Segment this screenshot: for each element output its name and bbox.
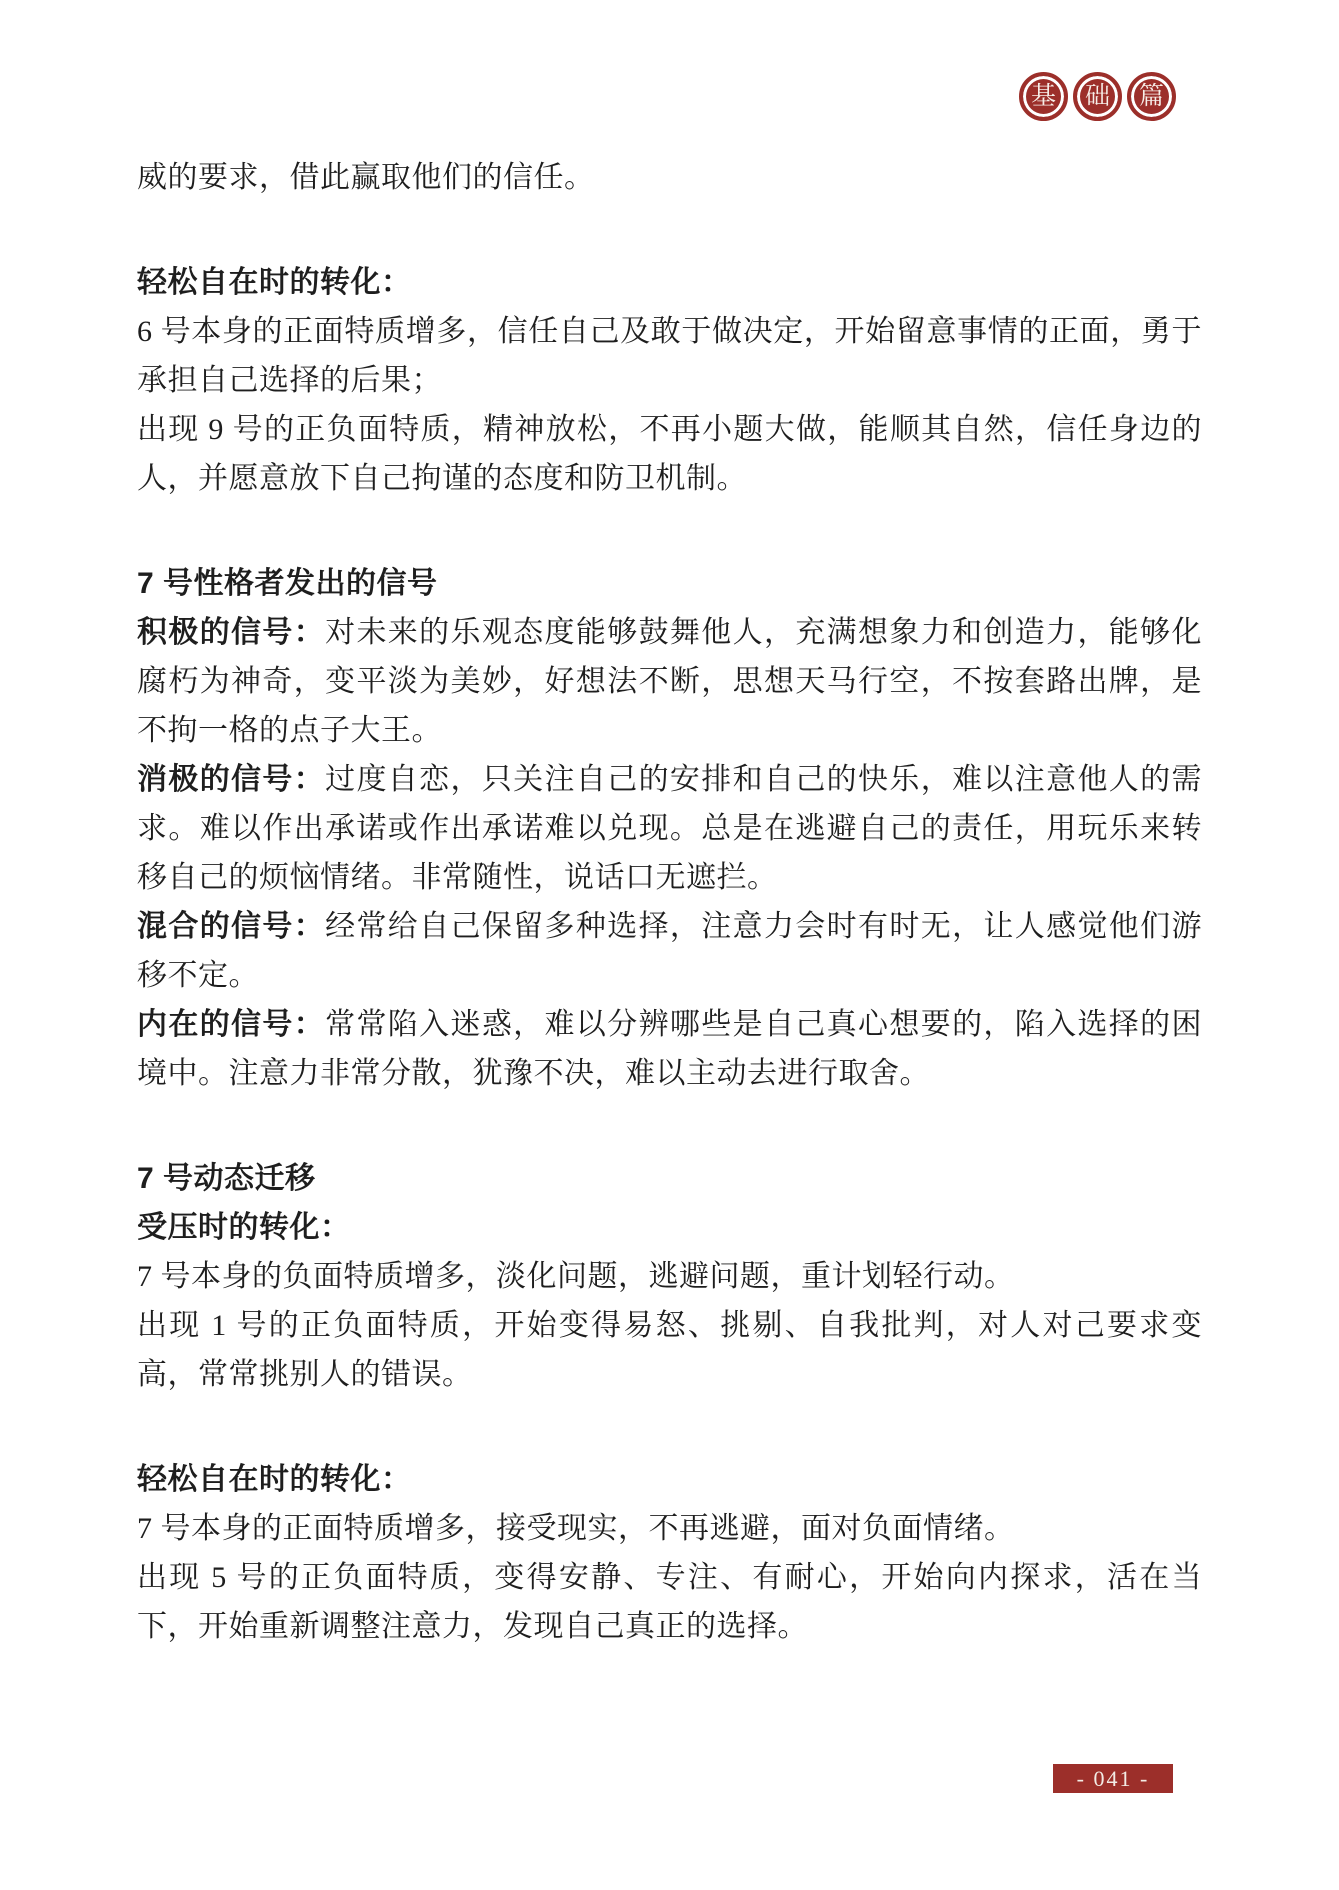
paragraph: 出现 9 号的正负面特质，精神放松，不再小题大做，能顺其自然，信任身边的人，并愿…: [137, 405, 1202, 503]
section-heading: 受压时的转化：: [137, 1203, 1202, 1252]
paragraph-lead: 消极的信号：: [137, 763, 325, 796]
section-heading: 轻松自在时的转化：: [137, 258, 1202, 307]
paragraph: 出现 5 号的正负面特质，变得安静、专注、有耐心，开始向内探求，活在当下，开始重…: [137, 1553, 1202, 1651]
section-badge-3: 篇: [1127, 72, 1176, 121]
paragraph: 内在的信号：常常陷入迷惑，难以分辨哪些是自己真心想要的，陷入选择的困境中。注意力…: [137, 1000, 1202, 1098]
paragraph-lead: 积极的信号：: [137, 616, 325, 649]
paragraph: 7 号本身的负面特质增多，淡化问题，逃避问题，重计划轻行动。: [137, 1252, 1202, 1301]
paragraph-lead: 混合的信号：: [137, 910, 325, 943]
paragraph: 7 号本身的正面特质增多，接受现实，不再逃避，面对负面情绪。: [137, 1504, 1202, 1553]
paragraph: 混合的信号：经常给自己保留多种选择，注意力会时有时无，让人感觉他们游移不定。: [137, 902, 1202, 1000]
paragraph: 6 号本身的正面特质增多，信任自己及敢于做决定，开始留意事情的正面，勇于承担自己…: [137, 307, 1202, 405]
paragraph: 出现 1 号的正负面特质，开始变得易怒、挑剔、自我批判，对人对己要求变高，常常挑…: [137, 1301, 1202, 1399]
page-number-badge: - 041 -: [1053, 1764, 1173, 1793]
section-heading: 7 号性格者发出的信号: [137, 559, 1202, 608]
header-badges: 基 础 篇: [1019, 72, 1176, 121]
section-heading: 轻松自在时的转化：: [137, 1455, 1202, 1504]
paragraph: 威的要求，借此赢取他们的信任。: [137, 153, 1202, 202]
page-body: 威的要求，借此赢取他们的信任。轻松自在时的转化：6 号本身的正面特质增多，信任自…: [137, 153, 1202, 1651]
section-badge-1: 基: [1019, 72, 1068, 121]
section-badge-2: 础: [1073, 72, 1122, 121]
paragraph: 积极的信号：对未来的乐观态度能够鼓舞他人，充满想象力和创造力，能够化腐朽为神奇，…: [137, 608, 1202, 755]
section-heading: 7 号动态迁移: [137, 1154, 1202, 1203]
document-page: 基 础 篇 威的要求，借此赢取他们的信任。轻松自在时的转化：6 号本身的正面特质…: [0, 0, 1339, 1890]
paragraph: 消极的信号：过度自恋，只关注自己的安排和自己的快乐，难以注意他人的需求。难以作出…: [137, 755, 1202, 902]
paragraph-lead: 内在的信号：: [137, 1008, 325, 1041]
